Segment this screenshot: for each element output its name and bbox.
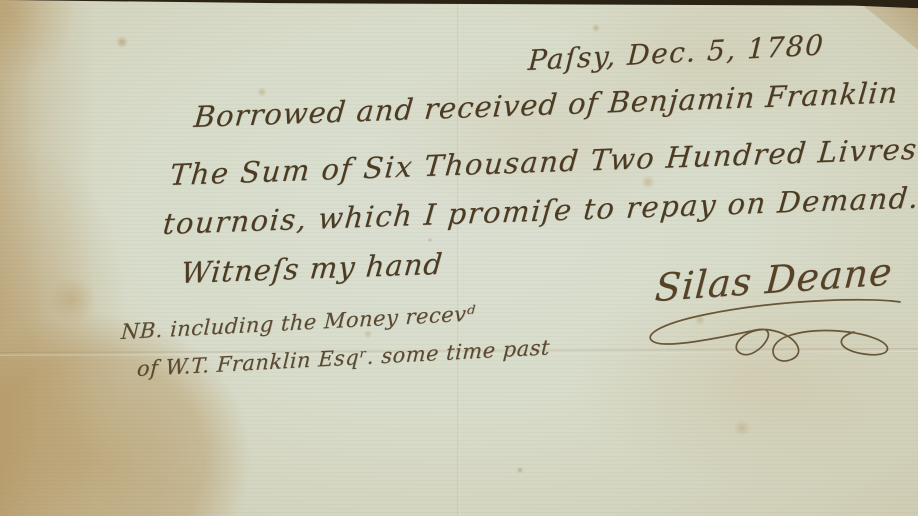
postscript-line-2: of W.T. Franklin Esqʳ. some time past bbox=[136, 335, 550, 381]
folded-corner-top-right bbox=[832, 0, 918, 64]
vertical-fold-crease bbox=[457, 0, 460, 516]
dateline: Paſsy, Dec. 5, 1780 bbox=[527, 28, 825, 77]
postscript-line-1: NB. including the Money recevᵈ bbox=[120, 301, 476, 344]
body-line-4: Witneſs my hand bbox=[180, 247, 445, 290]
document-photo: Paſsy, Dec. 5, 1780 Borrowed and receive… bbox=[0, 0, 918, 516]
paper-sheet: Paſsy, Dec. 5, 1780 Borrowed and receive… bbox=[0, 0, 918, 516]
body-line-1: Borrowed and received of Benjamin Frankl… bbox=[193, 75, 900, 134]
signature-name: Silas Deane bbox=[653, 249, 894, 310]
body-line-2: The Sum of Six Thousand Two Hundred Livr… bbox=[169, 132, 918, 192]
body-line-3: tournois, which I promiſe to repay on De… bbox=[162, 181, 918, 242]
